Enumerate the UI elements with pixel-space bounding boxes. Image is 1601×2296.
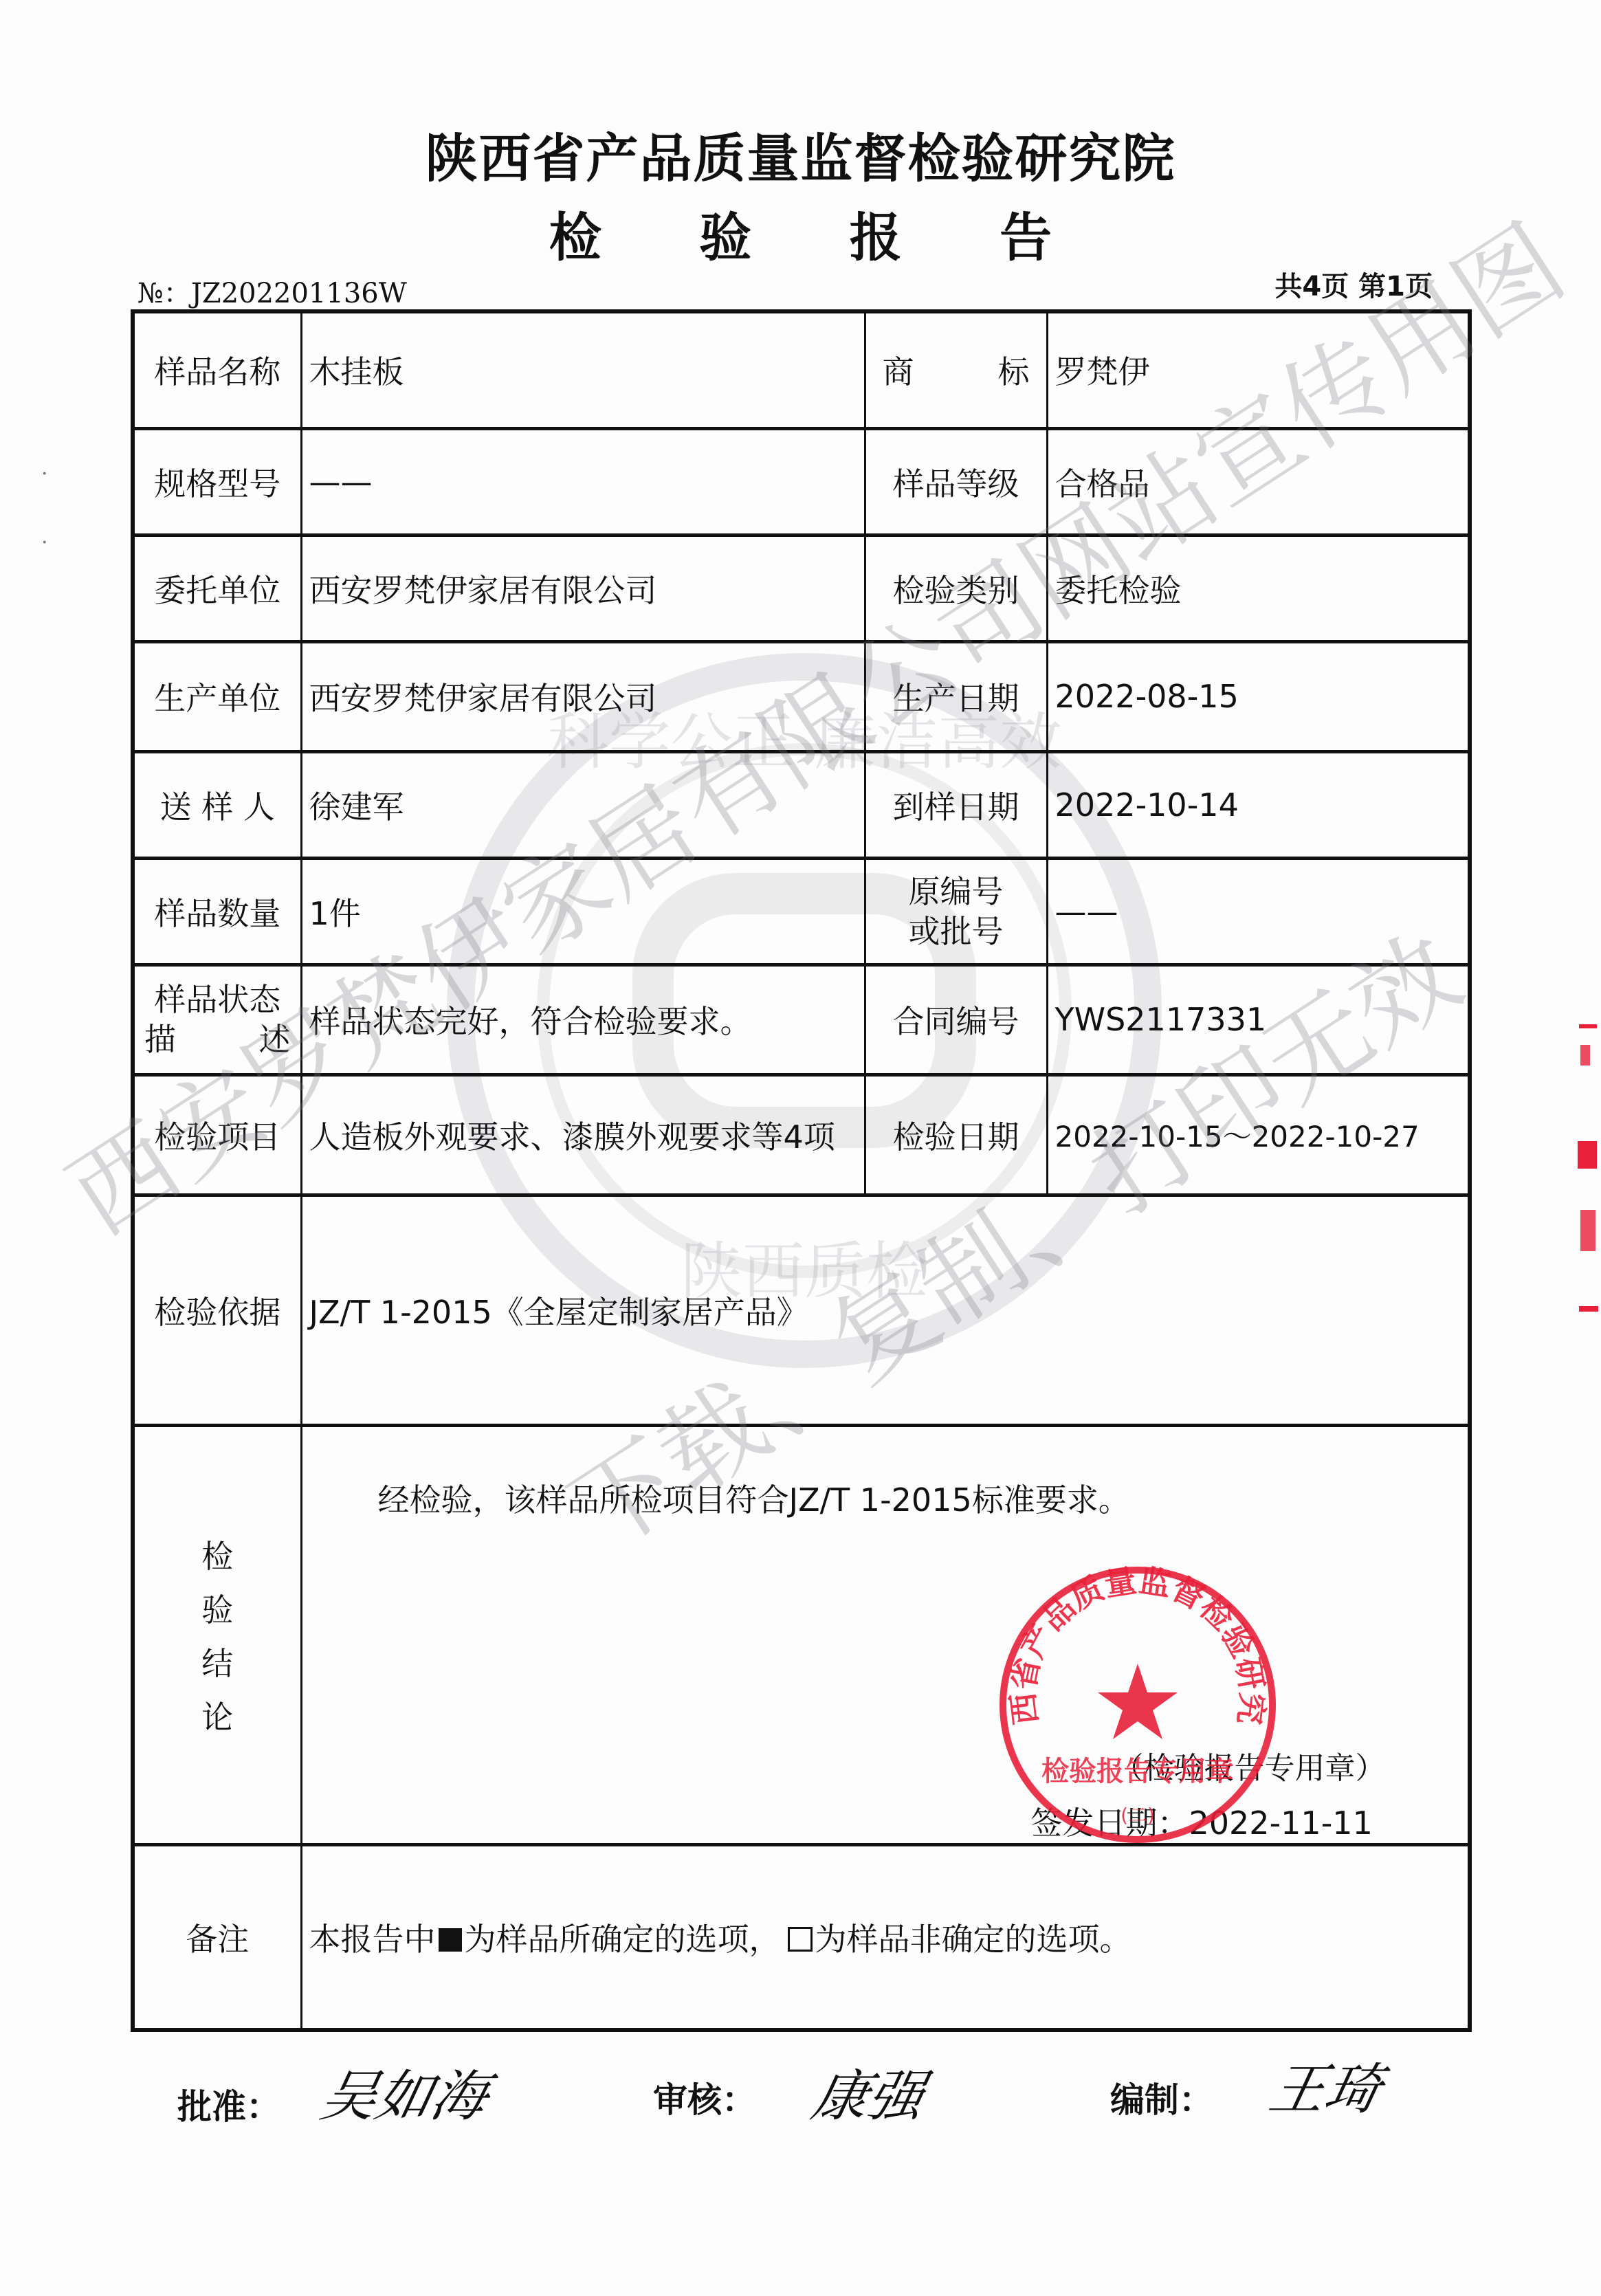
sample-grade-value: 合格品 <box>1047 428 1470 535</box>
client-value: 西安罗梵伊家居有限公司 <box>301 535 865 641</box>
table-row: 备注 本报告中为样品所确定的选项，为样品非确定的选项。 <box>133 1844 1470 2030</box>
sample-quantity-value: 1件 <box>301 858 865 964</box>
trademark-label: 商标 <box>865 311 1047 428</box>
test-items-value: 人造板外观要求、漆膜外观要求等4项 <box>301 1074 865 1195</box>
table-row: 送 样 人 徐建军 到样日期 2022-10-14 <box>133 751 1470 858</box>
conclusion-label-char: 论 <box>201 1692 233 1738</box>
compile-label: 编制： <box>1110 2073 1213 2122</box>
review-signature: 康强 <box>806 2052 933 2131</box>
test-date-value: 2022-10-15～2022-10-27 <box>1047 1074 1470 1195</box>
sample-name-label: 样品名称 <box>133 311 301 428</box>
approve-signature: 吴如海 <box>315 2052 496 2131</box>
empty-square-icon <box>788 1927 813 1952</box>
remarks-text-after: 为样品非确定的选项。 <box>815 1921 1131 1958</box>
trademark-label-a: 商 <box>883 347 914 393</box>
table-row: 样品状态 描述 样品状态完好，符合检验要求。 合同编号 YWS2117331 <box>133 964 1470 1074</box>
spec-model-value: —— <box>301 428 865 535</box>
remarks-text-before: 本报告中 <box>309 1921 436 1958</box>
sample-state-label-b: 述 <box>259 1019 291 1059</box>
arrival-date-label: 到样日期 <box>865 751 1047 858</box>
report-number-label: №： <box>137 278 191 309</box>
table-row: 样品名称 木挂板 商标 罗梵伊 <box>133 311 1470 428</box>
arrival-date-value: 2022-10-14 <box>1047 751 1470 858</box>
client-label: 委托单位 <box>133 535 301 641</box>
conclusion-label-char: 检 <box>201 1532 233 1577</box>
test-date-label: 检验日期 <box>865 1074 1047 1195</box>
document-title: 检 验 报 告 <box>0 196 1601 271</box>
sender-label: 送 样 人 <box>133 751 301 858</box>
sample-quantity-label: 样品数量 <box>133 858 301 964</box>
test-items-label: 检验项目 <box>133 1074 301 1195</box>
sample-state-label: 样品状态 描述 <box>133 964 301 1074</box>
svg-text:(二): (二) <box>1120 1804 1155 1826</box>
original-no-value: —— <box>1047 858 1470 964</box>
remarks-text-middle: 为样品所确定的选项， <box>465 1921 781 1958</box>
remarks-text: 本报告中为样品所确定的选项，为样品非确定的选项。 <box>301 1844 1470 2030</box>
contract-no-value: YWS2117331 <box>1047 964 1470 1074</box>
table-row: 检验依据 JZ/T 1-2015《全屋定制家居产品》 <box>133 1195 1470 1425</box>
report-number-value: JZ202201136W <box>191 278 407 309</box>
original-no-label-line2: 或批号 <box>873 912 1039 951</box>
table-row: 样品数量 1件 原编号 或批号 —— <box>133 858 1470 964</box>
inspection-type-value: 委托检验 <box>1047 535 1470 641</box>
trademark-label-b: 标 <box>998 347 1030 393</box>
review-label: 审核： <box>653 2073 756 2122</box>
approve-label: 批准： <box>177 2079 280 2129</box>
sample-state-label-line1: 样品状态 <box>142 980 294 1019</box>
scan-specks: ·· <box>41 440 48 577</box>
manufacturer-value: 西安罗梵伊家居有限公司 <box>301 641 865 751</box>
contract-no-label: 合同编号 <box>865 964 1047 1074</box>
page-info: 共4页 第1页 <box>1274 265 1433 304</box>
production-date-value: 2022-08-15 <box>1047 641 1470 751</box>
trademark-value: 罗梵伊 <box>1047 311 1470 428</box>
table-row: 检验项目 人造板外观要求、漆膜外观要求等4项 检验日期 2022-10-15～2… <box>133 1074 1470 1195</box>
sample-state-value: 样品状态完好，符合检验要求。 <box>301 964 865 1074</box>
inspection-type-label: 检验类别 <box>865 535 1047 641</box>
original-no-label: 原编号 或批号 <box>865 858 1047 964</box>
filled-square-icon <box>439 1928 462 1952</box>
report-number: №：JZ202201136W <box>137 272 407 311</box>
sample-name-value: 木挂板 <box>301 311 865 428</box>
institute-name: 陕西省产品质量监督检验研究院 <box>0 117 1601 192</box>
remarks-label: 备注 <box>133 1844 301 2030</box>
official-red-seal: 陕西省产品质量监督检验研究院 检验报告专用章 (二) <box>993 1560 1282 1849</box>
sample-grade-label: 样品等级 <box>865 428 1047 535</box>
original-no-label-line1: 原编号 <box>873 872 1039 912</box>
compile-signature: 王琦 <box>1263 2045 1390 2124</box>
test-basis-label: 检验依据 <box>133 1195 301 1425</box>
spec-model-label: 规格型号 <box>133 428 301 535</box>
conclusion-text: 经检验，该样品所检项目符合JZ/T 1-2015标准要求。 <box>378 1475 1130 1521</box>
conclusion-label-char: 结 <box>201 1639 233 1684</box>
table-row: 规格型号 —— 样品等级 合格品 <box>133 428 1470 535</box>
conclusion-cell: 经检验，该样品所检项目符合JZ/T 1-2015标准要求。 （检验报告专用章） … <box>301 1425 1470 1844</box>
manufacturer-label: 生产单位 <box>133 641 301 751</box>
sender-value: 徐建军 <box>301 751 865 858</box>
conclusion-label: 检 验 结 论 <box>133 1425 301 1844</box>
table-row: 委托单位 西安罗梵伊家居有限公司 检验类别 委托检验 <box>133 535 1470 641</box>
production-date-label: 生产日期 <box>865 641 1047 751</box>
conclusion-label-char: 验 <box>201 1585 233 1631</box>
table-row: 生产单位 西安罗梵伊家居有限公司 生产日期 2022-08-15 <box>133 641 1470 751</box>
test-basis-value: JZ/T 1-2015《全屋定制家居产品》 <box>301 1195 1470 1425</box>
signature-row: 批准： 吴如海 审核： 康强 编制： 王琦 <box>0 2052 1601 2155</box>
svg-text:检验报告专用章: 检验报告专用章 <box>1041 1756 1234 1787</box>
seal-fragment <box>1574 1017 1601 1327</box>
sample-state-label-a: 描 <box>144 1019 176 1059</box>
